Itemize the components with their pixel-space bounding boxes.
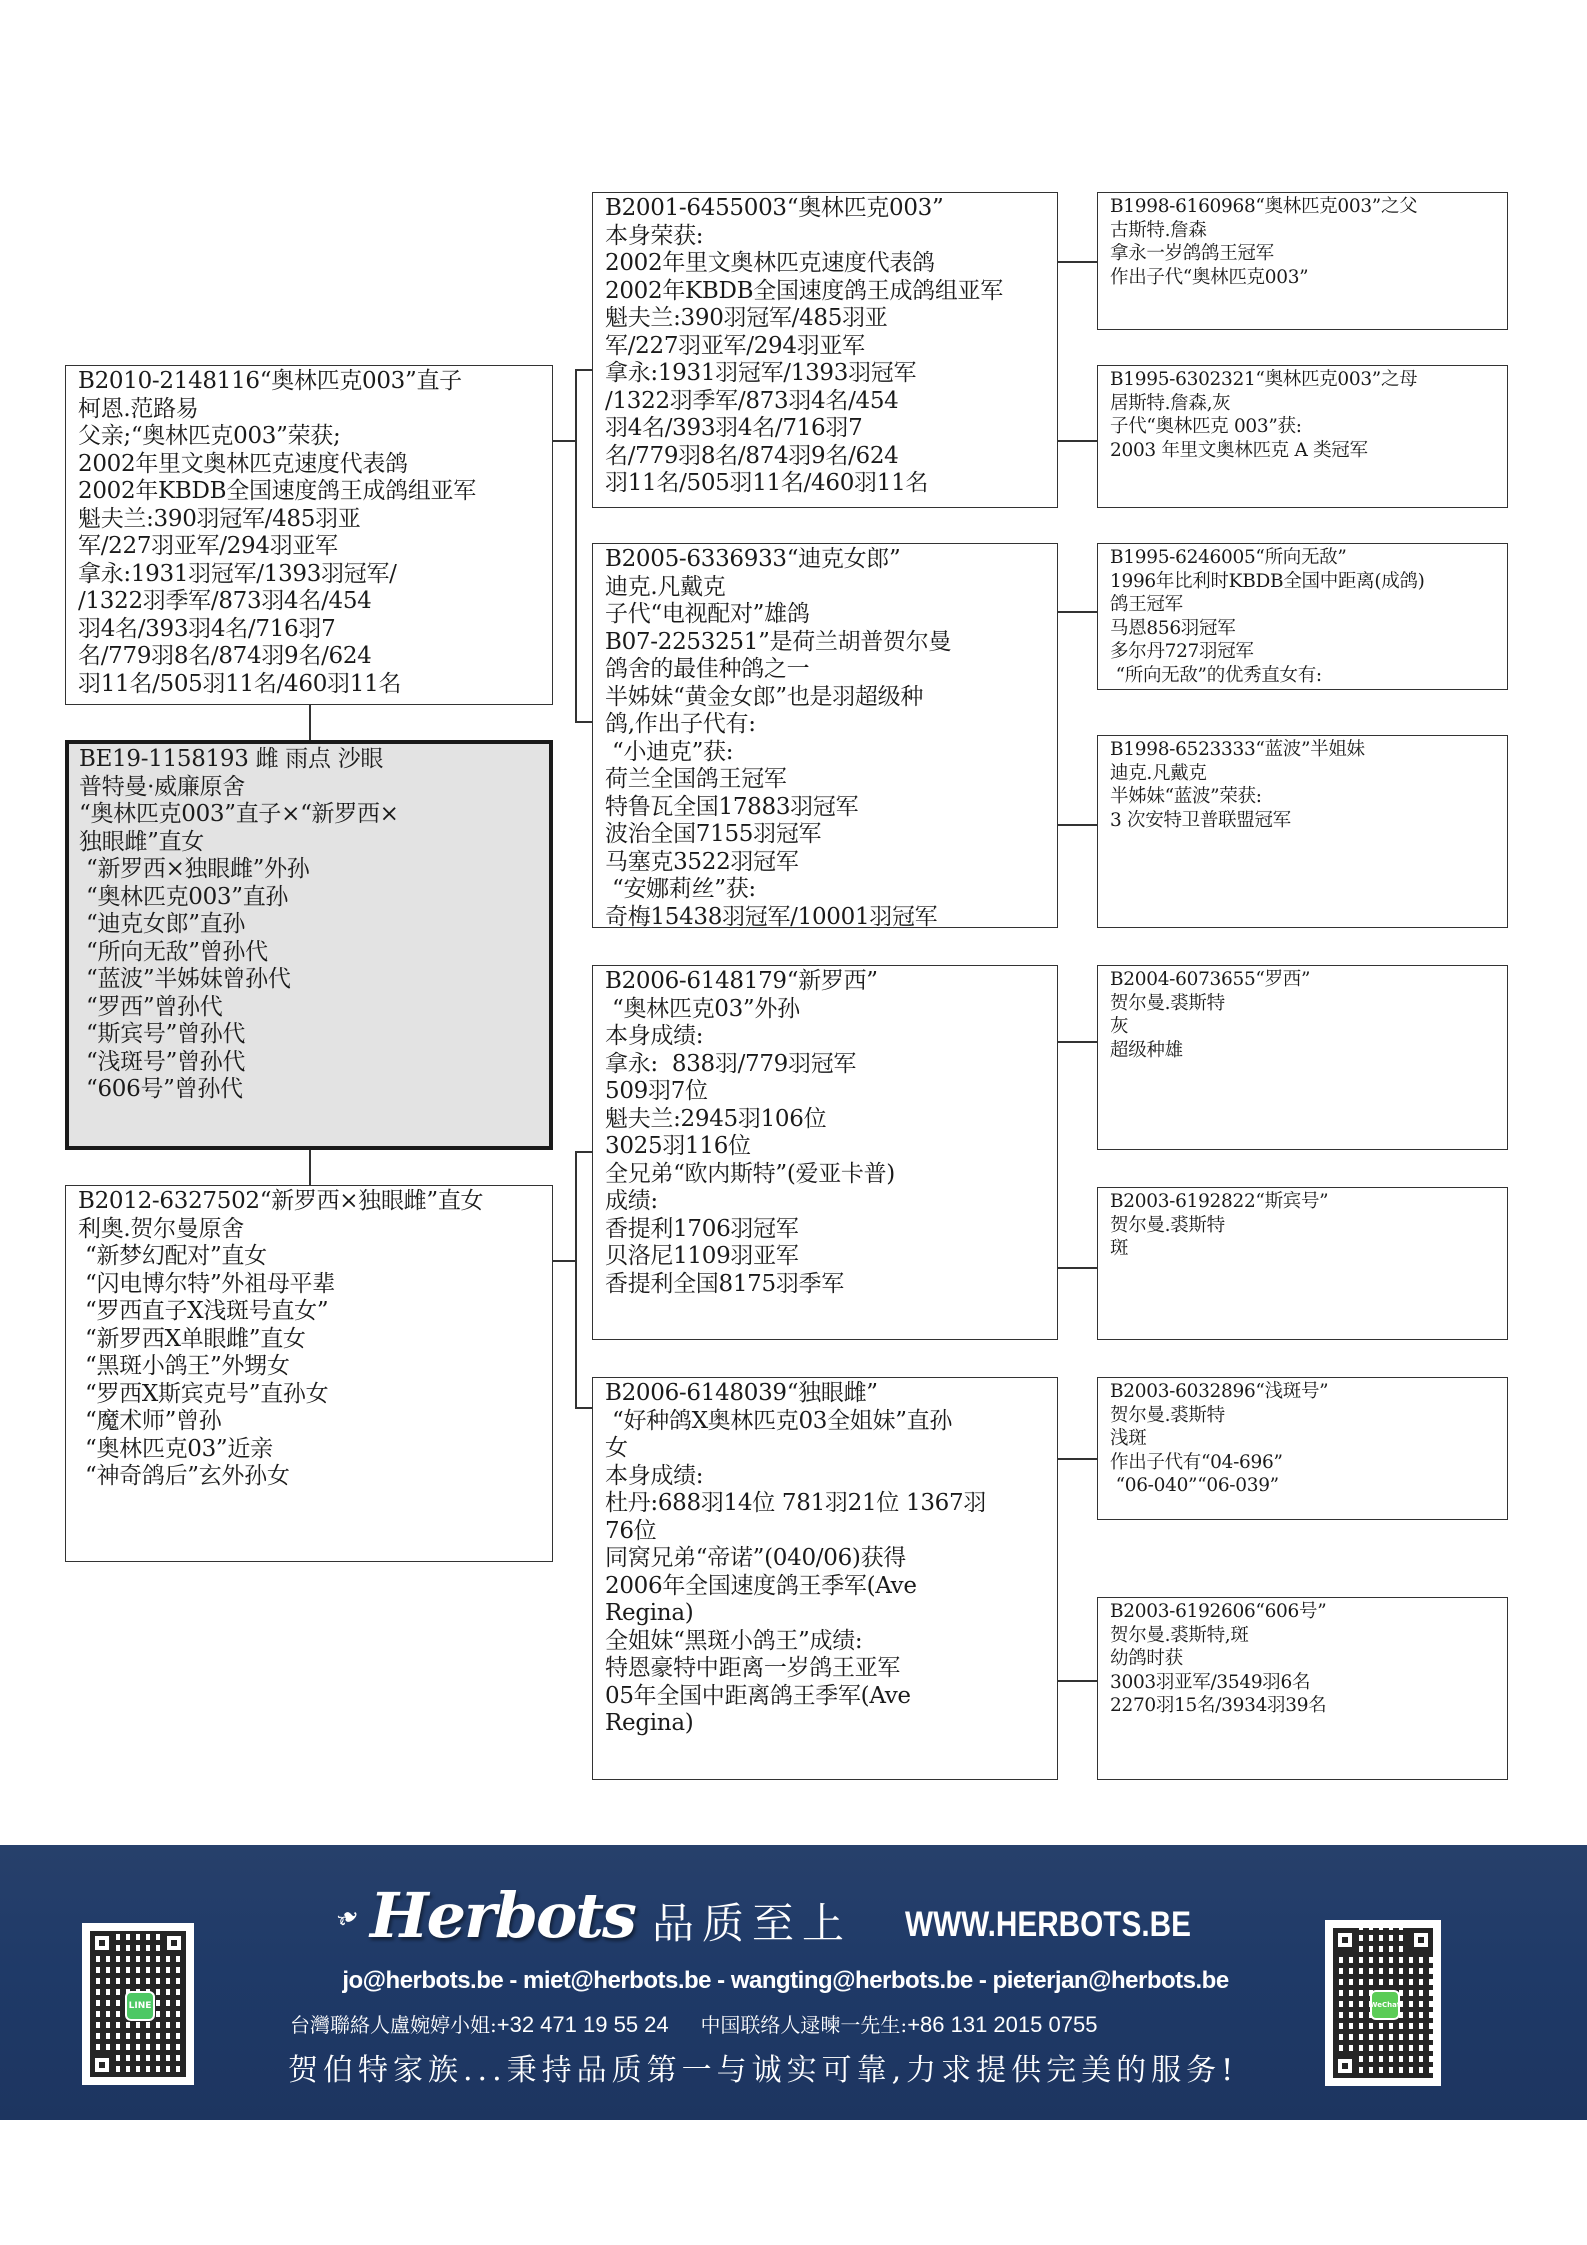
- company-motto: 贺伯特家族...秉持品质第一与诚实可靠,力求提供完美的服务!: [288, 2045, 1238, 2089]
- pedigree-text-line: 奇梅15438羽冠军/10001羽冠军: [605, 904, 1057, 929]
- connector: [553, 440, 575, 442]
- pedigree-text-line: “新罗西×独眼雌”外孙: [79, 856, 549, 884]
- pedigree-text-line: 子代“奥林匹克 003”获:: [1110, 415, 1507, 439]
- pedigree-text-line: 贝洛尼1109羽亚军: [605, 1243, 1057, 1271]
- pedigree-text-line: “浅斑号”曾孙代: [79, 1049, 549, 1077]
- pedigree-text-line: /1322羽季军/873羽4名/454: [605, 388, 1057, 416]
- pedigree-text-line: “斯宾号”曾孙代: [79, 1021, 549, 1049]
- connector: [1058, 1041, 1097, 1043]
- pedigree-text-line: 马塞克3522羽冠军: [605, 849, 1057, 877]
- pedigree-text-line: 鸽舍的最佳种鸽之一: [605, 656, 1057, 684]
- pedigree-text-line: 本身成绩:: [605, 1463, 1057, 1491]
- wechat-app-icon: WeChat: [1370, 1990, 1400, 2020]
- pedigree-text-line: 3 次安特卫普联盟冠军: [1110, 809, 1507, 833]
- connector: [1058, 824, 1097, 826]
- line-qr-code[interactable]: LINE: [82, 1923, 194, 2085]
- website-link[interactable]: WWW.HERBOTS.BE: [905, 1905, 1191, 1945]
- pedigree-text-line: 魁夫兰:390羽冠军/485羽亚: [605, 305, 1057, 333]
- pedigree-text-line: 本身荣获:: [605, 223, 1057, 251]
- pedigree-text-line: 灰: [1110, 1015, 1507, 1039]
- pedigree-text-line: B07-2253251”是荷兰胡普贺尔曼: [605, 629, 1057, 657]
- pedigree-text-line: 柯恩.范路易: [78, 396, 552, 424]
- pedigree-text-line: 76位: [605, 1518, 1057, 1546]
- connector: [1058, 261, 1097, 263]
- ss-dam-card: B1995-6302321“奥林匹克003”之母居斯特.詹森,灰子代“奥林匹克 …: [1097, 365, 1508, 508]
- pedigree-text-line: “蓝波”半姊妹曾孙代: [79, 966, 549, 994]
- pedigree-text-line: “奥林匹克03”近亲: [78, 1436, 552, 1464]
- pedigree-text-line: 2002年KBDB全国速度鸽王成鸽组亚军: [605, 278, 1057, 306]
- pedigree-text-line: B1998-6523333“蓝波”半姐妹: [1110, 738, 1507, 762]
- connector: [309, 705, 311, 740]
- pedigree-text-line: “闪电博尔特”外祖母平辈: [78, 1271, 552, 1299]
- dam-card: B2012-6327502“新罗西×独眼雌”直女利奥.贺尔曼原舍 “新梦幻配对”…: [65, 1185, 553, 1562]
- pedigree-text-line: “安娜莉丝”获:: [605, 876, 1057, 904]
- sire-sire-card: B2001-6455003“奥林匹克003”本身荣获:2002年里文奥林匹克速度…: [592, 192, 1058, 508]
- sire-card: B2010-2148116“奥林匹克003”直子柯恩.范路易父亲;“奥林匹克00…: [65, 365, 553, 705]
- pedigree-text-line: “奥林匹克003”直子×“新罗西×: [79, 801, 549, 829]
- pedigree-text-line: 羽4名/393羽4名/716羽7: [78, 616, 552, 644]
- pedigree-text-line: B2004-6073655“罗西”: [1110, 968, 1507, 992]
- pedigree-text-line: 多尔丹727羽冠军: [1110, 640, 1507, 664]
- pedigree-text-line: 作出子代有“04-696”: [1110, 1451, 1507, 1475]
- pedigree-text-line: 父亲;“奥林匹克003”荣获;: [78, 423, 552, 451]
- pedigree-text-line: “06-040”“06-039”: [1110, 1474, 1507, 1498]
- pedigree-text-line: 贺尔曼.裘斯特,斑: [1110, 1624, 1507, 1648]
- pedigree-text-line: 半姊妹“黄金女郎”也是羽超级种: [605, 684, 1057, 712]
- pedigree-text-line: B1995-6302321“奥林匹克003”之母: [1110, 368, 1507, 392]
- pedigree-text-line: “小迪克”获:: [605, 739, 1057, 767]
- pedigree-text-line: “所向无敌”的优秀直女有:: [1110, 664, 1507, 688]
- pedigree-text-line: 魁夫兰:2945羽106位: [605, 1106, 1057, 1134]
- pedigree-text-line: 3025羽116位: [605, 1133, 1057, 1161]
- pedigree-text-line: “606号”曾孙代: [79, 1076, 549, 1104]
- dd-dam-card: B2003-6192606“606号”贺尔曼.裘斯特,斑幼鸽时获3003羽亚军/…: [1097, 1597, 1508, 1780]
- pedigree-text-line: 鸽,作出子代有:: [605, 711, 1057, 739]
- brand-logo: Herbots: [370, 1879, 635, 1952]
- pedigree-text-line: B2003-6032896“浅斑号”: [1110, 1380, 1507, 1404]
- connector: [309, 1150, 311, 1185]
- pedigree-text-line: B2003-6192606“606号”: [1110, 1600, 1507, 1624]
- pedigree-text-line: “新罗西X单眼雌”直女: [78, 1326, 552, 1354]
- pedigree-text-line: B2010-2148116“奥林匹克003”直子: [78, 368, 552, 396]
- taiwan-contact-label: 台灣聯絡人盧婉婷小姐:: [290, 2013, 497, 2037]
- pedigree-text-line: 波治全国7155羽冠军: [605, 821, 1057, 849]
- pedigree-text-line: B2006-6148039“独眼雌”: [605, 1380, 1057, 1408]
- pedigree-text-line: 特鲁瓦全国17883羽冠军: [605, 794, 1057, 822]
- pedigree-text-line: 古斯特.詹森: [1110, 219, 1507, 243]
- pedigree-text-line: 鸽王冠军: [1110, 593, 1507, 617]
- sd-dam-card: B1998-6523333“蓝波”半姐妹迪克.凡戴克半姊妹“蓝波”荣获:3 次安…: [1097, 735, 1508, 928]
- qr-pattern: WeChat: [1333, 1928, 1433, 2078]
- pedigree-text-line: 同窝兄弟“帝诺”(040/06)获得: [605, 1545, 1057, 1573]
- pedigree-text-line: 半姊妹“蓝波”荣获:: [1110, 785, 1507, 809]
- pedigree-text-line: 509羽7位: [605, 1078, 1057, 1106]
- pedigree-text-line: 居斯特.詹森,灰: [1110, 392, 1507, 416]
- dd-sire-card: B2003-6032896“浅斑号”贺尔曼.裘斯特浅斑作出子代有“04-696”…: [1097, 1377, 1508, 1520]
- pedigree-text-line: 羽11名/505羽11名/460羽11名: [605, 470, 1057, 498]
- pedigree-text-line: 贺尔曼.裘斯特: [1110, 992, 1507, 1016]
- taiwan-contact-phone: +32 471 19 55 24: [497, 2012, 669, 2037]
- pedigree-text-line: 迪克.凡戴克: [1110, 762, 1507, 786]
- connector: [575, 1151, 577, 1407]
- pedigree-text-line: 超级种雄: [1110, 1039, 1507, 1063]
- pedigree-text-line: 子代“电视配对”雄鸽: [605, 601, 1057, 629]
- pedigree-text-line: 荷兰全国鸽王冠军: [605, 766, 1057, 794]
- pedigree-text-line: 普特曼·威廉原舍: [79, 774, 549, 802]
- pedigree-text-line: 拿永:1931羽冠军/1393羽冠军: [605, 360, 1057, 388]
- pedigree-text-line: B2012-6327502“新罗西×独眼雌”直女: [78, 1188, 552, 1216]
- pedigree-text-line: B2006-6148179“新罗西”: [605, 968, 1057, 996]
- dam-sire-card: B2006-6148179“新罗西” “奥林匹克03”外孙本身成绩:拿永: 83…: [592, 965, 1058, 1340]
- pedigree-text-line: “所向无敌”曾孙代: [79, 939, 549, 967]
- pedigree-text-line: 成绩:: [605, 1188, 1057, 1216]
- connector: [553, 1260, 575, 1262]
- pedigree-text-line: Regina): [605, 1710, 1057, 1738]
- pedigree-text-line: “罗西直子X浅斑号直女”: [78, 1298, 552, 1326]
- pedigree-text-line: “神奇鸽后”玄外孙女: [78, 1463, 552, 1491]
- pedigree-text-line: 幼鸽时获: [1110, 1647, 1507, 1671]
- brand-slogan: 品质至上: [652, 1891, 852, 1951]
- qr-pattern: LINE: [90, 1931, 186, 2077]
- pedigree-text-line: 浅斑: [1110, 1427, 1507, 1451]
- pedigree-text-line: 香提利全国8175羽季军: [605, 1271, 1057, 1299]
- dam-dam-card: B2006-6148039“独眼雌” “好种鸽X奥林匹克03全姐妹”直孙女本身成…: [592, 1377, 1058, 1780]
- pedigree-text-line: 利奥.贺尔曼原舍: [78, 1216, 552, 1244]
- pedigree-text-line: “新梦幻配对”直女: [78, 1243, 552, 1271]
- connector: [575, 1151, 592, 1153]
- china-contact-phone: +86 131 2015 0755: [907, 2012, 1097, 2037]
- pedigree-text-line: 拿永一岁鸽鸽王冠军: [1110, 242, 1507, 266]
- pedigree-text-line: B2001-6455003“奥林匹克003”: [605, 195, 1057, 223]
- feather-icon: ❧: [329, 1897, 366, 1937]
- connector: [1058, 1267, 1097, 1269]
- pedigree-text-line: “迪克女郎”直孙: [79, 911, 549, 939]
- pedigree-text-line: 2002年里文奥林匹克速度代表鸽: [605, 250, 1057, 278]
- pedigree-text-line: Regina): [605, 1600, 1057, 1628]
- pedigree-text-line: /1322羽季军/873羽4名/454: [78, 588, 552, 616]
- connector: [1058, 1680, 1097, 1682]
- pedigree-text-line: 迪克.凡戴克: [605, 574, 1057, 602]
- wechat-qr-code[interactable]: WeChat: [1325, 1920, 1441, 2086]
- pedigree-text-line: 军/227羽亚军/294羽亚军: [78, 533, 552, 561]
- pedigree-text-line: 2006年全国速度鸽王季军(Ave: [605, 1573, 1057, 1601]
- pedigree-text-line: 2002年KBDB全国速度鸽王成鸽组亚军: [78, 478, 552, 506]
- pedigree-text-line: 贺尔曼.裘斯特: [1110, 1214, 1507, 1238]
- footer-banner: LINE ❧ Herbots 品质至上 WWW.HERBOTS.BE jo@he…: [0, 1845, 1587, 2120]
- connector: [1058, 611, 1097, 613]
- pedigree-text-line: “奥林匹克003”直孙: [79, 884, 549, 912]
- pedigree-text-line: 作出子代“奥林匹克003”: [1110, 266, 1507, 290]
- pedigree-text-line: B1998-6160968“奥林匹克003”之父: [1110, 195, 1507, 219]
- ds-sire-card: B2004-6073655“罗西”贺尔曼.裘斯特灰超级种雄: [1097, 965, 1508, 1150]
- pedigree-text-line: 女: [605, 1435, 1057, 1463]
- pedigree-text-line: 拿永: 838羽/779羽冠军: [605, 1051, 1057, 1079]
- pedigree-text-line: 羽4名/393羽4名/716羽7: [605, 415, 1057, 443]
- line-app-icon: LINE: [125, 1991, 155, 2021]
- pedigree-text-line: 全姐妹“黑斑小鸽王”成绩:: [605, 1628, 1057, 1656]
- connector: [575, 369, 592, 371]
- pedigree-text-line: 独眼雌”直女: [79, 829, 549, 857]
- pedigree-text-line: 3003羽亚军/3549羽6名: [1110, 1671, 1507, 1695]
- pedigree-text-line: “罗西”曾孙代: [79, 994, 549, 1022]
- subject-pigeon-card: BE19-1158193 雌 雨点 沙眼普特曼·威廉原舍“奥林匹克003”直子×…: [65, 740, 553, 1150]
- pedigree-text-line: 名/779羽8名/874羽9名/624: [78, 643, 552, 671]
- connector: [1058, 440, 1097, 442]
- pedigree-text-line: “奥林匹克03”外孙: [605, 996, 1057, 1024]
- pedigree-text-line: 05年全国中距离鸽王季军(Ave: [605, 1683, 1057, 1711]
- connector: [1058, 1458, 1097, 1460]
- pedigree-text-line: B1995-6246005“所向无敌”: [1110, 546, 1507, 570]
- pedigree-text-line: 2270羽15名/3934羽39名: [1110, 1694, 1507, 1718]
- pedigree-text-line: “魔术师”曾孙: [78, 1408, 552, 1436]
- connector: [575, 1407, 592, 1409]
- pedigree-text-line: 羽11名/505羽11名/460羽11名: [78, 671, 552, 699]
- pedigree-text-line: “黑斑小鸽王”外甥女: [78, 1353, 552, 1381]
- pedigree-text-line: 斑: [1110, 1237, 1507, 1261]
- sd-sire-card: B1995-6246005“所向无敌”1996年比利时KBDB全国中距离(成鸽)…: [1097, 543, 1508, 690]
- ss-sire-card: B1998-6160968“奥林匹克003”之父古斯特.詹森拿永一岁鸽鸽王冠军作…: [1097, 192, 1508, 330]
- connector: [575, 369, 577, 721]
- pedigree-text-line: 1996年比利时KBDB全国中距离(成鸽): [1110, 570, 1507, 594]
- sire-dam-card: B2005-6336933“迪克女郎”迪克.凡戴克子代“电视配对”雄鸽B07-2…: [592, 543, 1058, 928]
- pedigree-text-line: 名/779羽8名/874羽9名/624: [605, 443, 1057, 471]
- pedigree-text-line: “罗西X斯宾克号”直孙女: [78, 1381, 552, 1409]
- pedigree-text-line: 马恩856羽冠军: [1110, 617, 1507, 641]
- pedigree-text-line: 特恩豪特中距离一岁鸽王亚军: [605, 1655, 1057, 1683]
- pedigree-text-line: 贺尔曼.裘斯特: [1110, 1404, 1507, 1428]
- pedigree-text-line: BE19-1158193 雌 雨点 沙眼: [79, 746, 549, 774]
- pedigree-text-line: 拿永:1931羽冠军/1393羽冠军/: [78, 561, 552, 589]
- ds-dam-card: B2003-6192822“斯宾号”贺尔曼.裘斯特斑: [1097, 1187, 1508, 1340]
- pedigree-text-line: 军/227羽亚军/294羽亚军: [605, 333, 1057, 361]
- pedigree-text-line: 杜丹:688羽14位 781羽21位 1367羽: [605, 1490, 1057, 1518]
- pedigree-text-line: 2003 年里文奥林匹克 A 类冠军: [1110, 439, 1507, 463]
- china-contact-label: 中国联络人逯暕一先生:: [700, 2013, 907, 2037]
- pedigree-text-line: 本身成绩:: [605, 1023, 1057, 1051]
- pedigree-text-line: “好种鸽X奥林匹克03全姐妹”直孙: [605, 1408, 1057, 1436]
- pedigree-text-line: B2005-6336933“迪克女郎”: [605, 546, 1057, 574]
- contact-phones: 台灣聯絡人盧婉婷小姐:+32 471 19 55 24 中国联络人逯暕一先生:+…: [290, 2009, 1097, 2038]
- pedigree-text-line: 全兄弟“欧内斯特”(爱亚卡普): [605, 1161, 1057, 1189]
- pedigree-text-line: 魁夫兰:390羽冠军/485羽亚: [78, 506, 552, 534]
- pedigree-text-line: 香提利1706羽冠军: [605, 1216, 1057, 1244]
- connector: [575, 721, 592, 723]
- pedigree-text-line: 2002年里文奥林匹克速度代表鸽: [78, 451, 552, 479]
- pedigree-text-line: B2003-6192822“斯宾号”: [1110, 1190, 1507, 1214]
